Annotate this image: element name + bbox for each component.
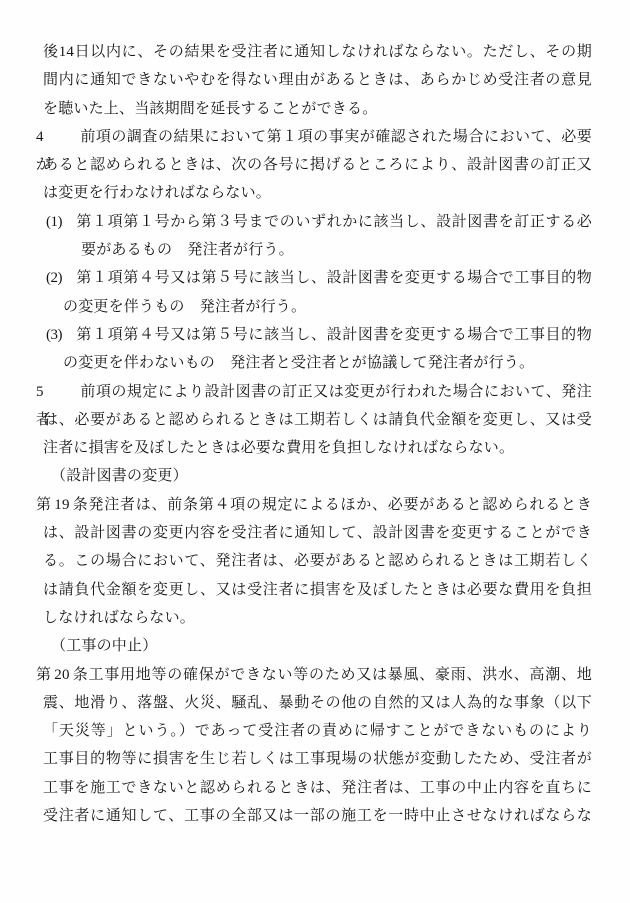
line-marker: (1) [46,208,76,236]
text-line: 工事を施工できないと認められるときは、発注者は、工事の中止内容を直ちに [43,774,592,802]
line-marker: 第19条 [36,491,88,519]
line-text: しなければならない。 [43,610,195,626]
line-text: は、必要があると認められるときは工期若しくは請負代金額を変更し、又は受 [43,412,592,428]
line-text: は変更を行わなければならない。 [43,185,271,201]
text-line: あると認められるときは、次の各号に掲げるところにより、設計図書の訂正又 [43,151,592,179]
text-line: の変更を伴うもの 発注者が行う。 [63,293,592,321]
line-text: は、設計図書の変更内容を受注者に通知して、設計図書を変更することができ [43,525,592,541]
text-line: 「天災等」という。）であって受注者の責めに帰すことができないものにより [43,717,592,745]
line-text: 工事用地等の確保ができない等のため又は暴風、豪雨、洪水、高潮、地 [88,667,592,683]
line-text: の変更を伴うもの 発注者が行う。 [63,299,306,315]
text-line: (2)第１項第４号又は第５号に該当し、設計図書を変更する場合で工事目的物 [46,264,592,292]
line-marker: 4 [36,123,80,151]
text-line: を聴いた上、当該期間を延長することができる。 [43,95,592,123]
line-text: 要があるもの 発注者が行う。 [81,242,294,258]
line-text: 注者に損害を及ぼしたときは必要な費用を負担しなければならない。 [43,440,514,456]
text-line: (1)第１項第１号から第３号までのいずれかに該当し、設計図書を訂正する必 [46,208,592,236]
text-line: 間内に通知できないやむを得ない理由があるときは、あらかじめ受注者の意見 [43,66,592,94]
text-line: 第20条工事用地等の確保ができない等のため又は暴風、豪雨、洪水、高潮、地 [36,661,592,689]
text-line: は請負代金額を変更し、又は受注者に損害を及ぼしたときは必要な費用を負担 [43,576,592,604]
text-line: 4前項の調査の結果において第１項の事実が確認された場合において、必要が [36,123,592,151]
text-line: (3)第１項第４号又は第５号に該当し、設計図書を変更する場合で工事目的物 [46,321,592,349]
line-text: （工事の中止） [51,638,157,654]
line-text: を聴いた上、当該期間を延長することができる。 [43,101,377,117]
text-line: は、必要があると認められるときは工期若しくは請負代金額を変更し、又は受 [43,406,592,434]
line-text: 間内に通知できないやむを得ない理由があるときは、あらかじめ受注者の意見 [43,72,592,88]
line-text: 「天災等」という。）であって受注者の責めに帰すことができないものにより [43,723,592,739]
text-line: 後14日以内に、その結果を受注者に通知しなければならない。ただし、その期 [43,38,592,66]
line-marker: 5 [36,378,80,406]
line-text: 第１項第４号又は第５号に該当し、設計図書を変更する場合で工事目的物 [76,270,592,286]
text-line: 要があるもの 発注者が行う。 [81,236,592,264]
text-line: （設計図書の変更） [51,462,592,490]
line-text: 工事を施工できないと認められるときは、発注者は、工事の中止内容を直ちに [43,780,592,796]
text-line: は変更を行わなければならない。 [43,179,592,207]
text-line: 受注者に通知して、工事の全部又は一部の施工を一時中止させなければならな [43,802,592,830]
line-marker: 第20条 [36,661,88,689]
line-text: 発注者は、前条第４項の規定によるほか、必要があると認められるとき [88,497,592,513]
line-text: 震、地滑り、落盤、火災、騒乱、暴動その他の自然的又は人為的な事象（以下 [43,695,592,711]
line-text: 受注者に通知して、工事の全部又は一部の施工を一時中止させなければならな [43,808,592,824]
text-line: の変更を伴わないもの 発注者と受注者とが協議して発注者が行う。 [63,349,592,377]
text-line: 第19条発注者は、前条第４項の規定によるほか、必要があると認められるとき [36,491,592,519]
line-text: は請負代金額を変更し、又は受注者に損害を及ぼしたときは必要な費用を負担 [43,582,592,598]
text-line: は、設計図書の変更内容を受注者に通知して、設計図書を変更することができ [43,519,592,547]
line-text: 第１項第４号又は第５号に該当し、設計図書を変更する場合で工事目的物 [76,327,592,343]
line-text: 第１項第１号から第３号までのいずれかに該当し、設計図書を訂正する必 [76,214,592,230]
line-marker: (3) [46,321,76,349]
text-line: 震、地滑り、落盤、火災、騒乱、暴動その他の自然的又は人為的な事象（以下 [43,689,592,717]
text-line: る。この場合において、発注者は、必要があると認められるときは工期若しく [43,547,592,575]
line-text: （設計図書の変更） [51,468,188,484]
line-text: 後14日以内に、その結果を受注者に通知しなければならない。ただし、その期 [43,44,592,60]
line-text: あると認められるときは、次の各号に掲げるところにより、設計図書の訂正又 [43,157,592,173]
text-line: 5前項の規定により設計図書の訂正又は変更が行われた場合において、発注者 [36,378,592,406]
text-line: しなければならない。 [43,604,592,632]
document-page: 後14日以内に、その結果を受注者に通知しなければならない。ただし、その期間内に通… [0,0,630,903]
line-marker: (2) [46,264,76,292]
line-text: 工事目的物等に損害を生じ若しくは工事現場の状態が変動したため、受注者が [43,751,592,767]
text-line: 工事目的物等に損害を生じ若しくは工事現場の状態が変動したため、受注者が [43,745,592,773]
line-text: る。この場合において、発注者は、必要があると認められるときは工期若しく [43,553,592,569]
text-line: （工事の中止） [51,632,592,660]
text-line: 注者に損害を及ぼしたときは必要な費用を負担しなければならない。 [43,434,592,462]
line-text: の変更を伴わないもの 発注者と受注者とが協議して発注者が行う。 [63,355,534,371]
document-body: 後14日以内に、その結果を受注者に通知しなければならない。ただし、その期間内に通… [0,38,630,830]
